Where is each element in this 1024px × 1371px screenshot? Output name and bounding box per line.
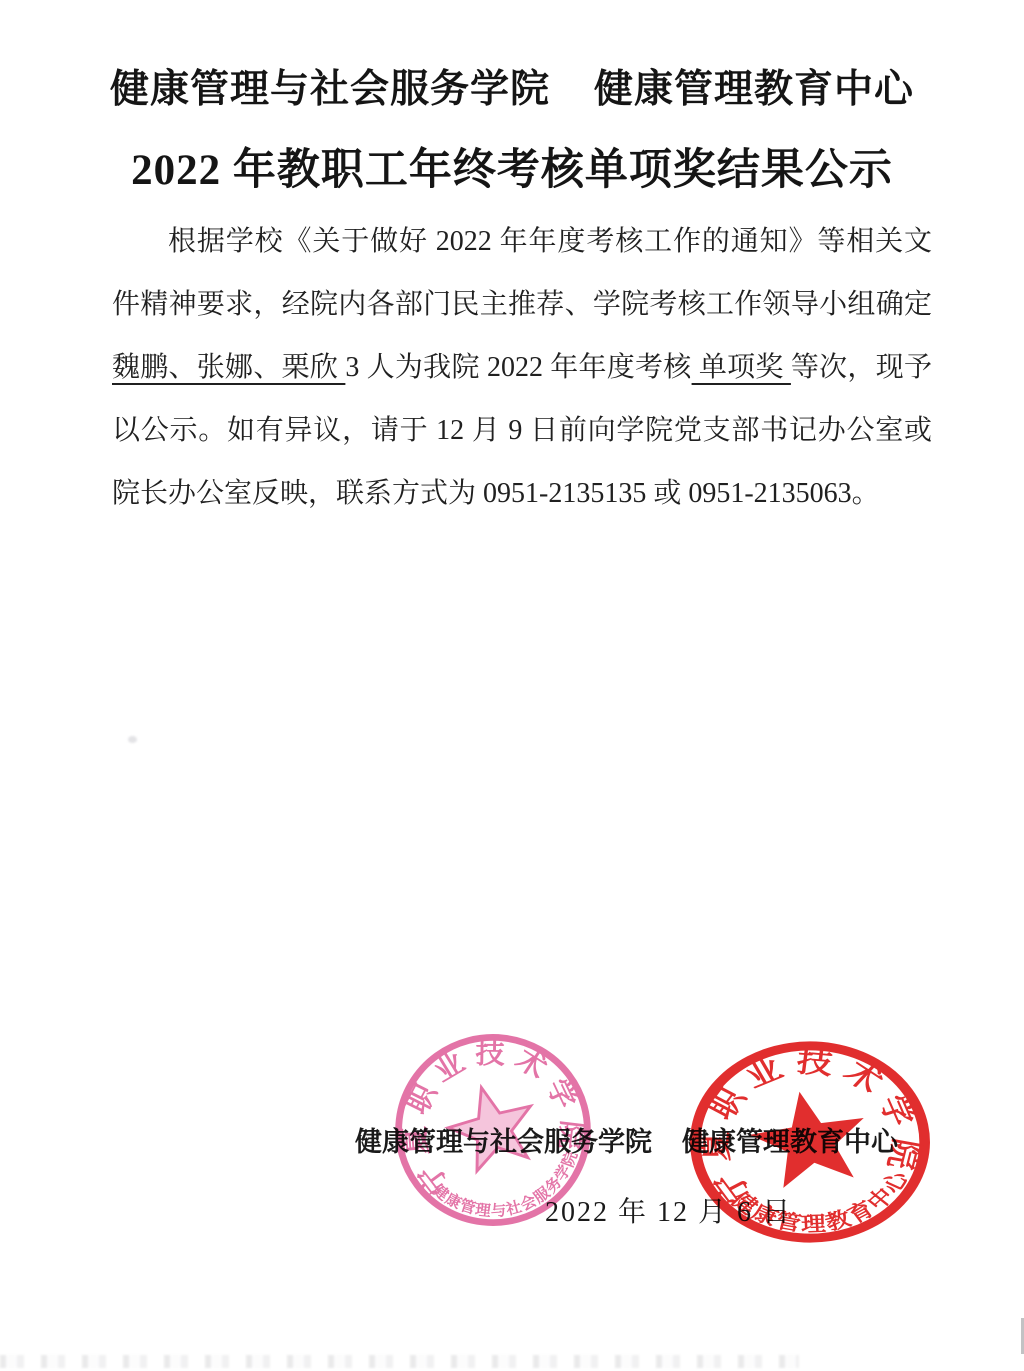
title-org-right: 健康管理教育中心 <box>594 58 914 114</box>
document-page: 健康管理与社会服务学院 健康管理教育中心 2022 年教职工年终考核单项奖结果公… <box>0 0 1024 1371</box>
doc-title-line2: 2022 年教职工年终考核单项奖结果公示 <box>0 136 1024 197</box>
announcement-paragraph: 根据学校《关于做好 2022 年年度考核工作的通知》等相关文件精神要求，经院内各… <box>112 210 932 525</box>
date-line: 2022 年 12 月 6 日 <box>545 1190 792 1230</box>
para-segment-2: 3 人为我院 2022 年年度考核 <box>345 352 691 383</box>
signature-org-right: 健康管理教育中心 <box>682 1120 898 1159</box>
seal-left-university-name: 宁夏职业技术学院 <box>386 1025 599 1204</box>
doc-title-line1: 健康管理与社会服务学院 健康管理教育中心 <box>0 58 1024 114</box>
para-segment-1: 根据学校《关于做好 2022 年年度考核工作的通知》等相关文件精神要求，经院内各… <box>112 226 932 320</box>
title-org-left: 健康管理与社会服务学院 <box>110 58 550 114</box>
awardee-names-underlined: 魏鹏、张娜、栗欣 <box>112 352 345 383</box>
signature-org-left: 健康管理与社会服务学院 <box>355 1120 652 1159</box>
award-category-underlined: 单项奖 <box>692 352 791 383</box>
scan-noise-band <box>0 1355 799 1368</box>
signature-line: 健康管理与社会服务学院 健康管理教育中心 <box>0 1120 1024 1159</box>
svg-text:宁夏职业技术学院: 宁夏职业技术学院 <box>386 1025 599 1204</box>
scan-artifact-speck <box>128 736 137 743</box>
